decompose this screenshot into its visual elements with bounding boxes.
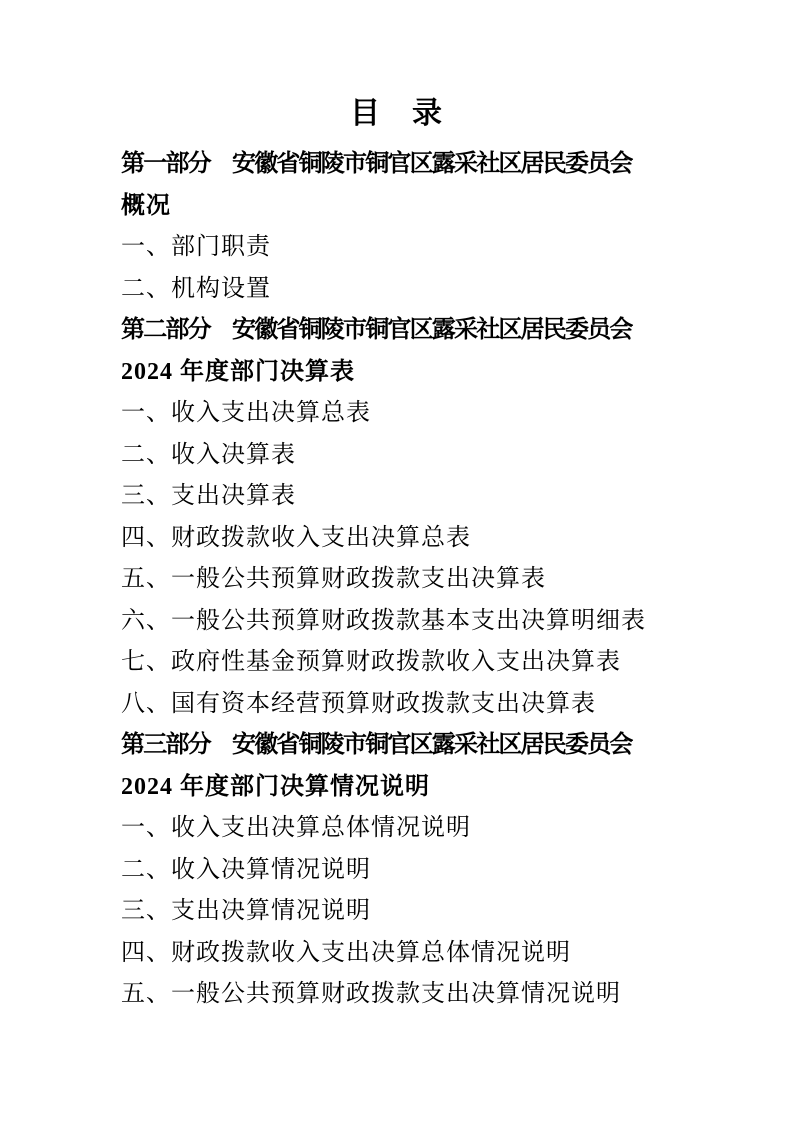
toc-item: 四、财政拨款收入支出决算总表 (121, 518, 672, 560)
toc-item: 二、机构设置 (121, 269, 672, 311)
toc-item: 三、支出决算情况说明 (121, 891, 672, 933)
section-2-heading-line-2: 2024 年度部门决算表 (121, 352, 672, 394)
toc-item: 二、收入决算情况说明 (121, 850, 672, 892)
toc-item: 八、国有资本经营预算财政拨款支出决算表 (121, 684, 672, 726)
table-of-contents: 第一部分 安徽省铜陵市铜官区露采社区居民委员会 概况 一、部门职责 二、机构设置… (121, 144, 672, 1016)
toc-item: 一、收入支出决算总体情况说明 (121, 808, 672, 850)
section-3-heading-line-2: 2024 年度部门决算情况说明 (121, 767, 672, 809)
section-1-heading-line-1: 第一部分 安徽省铜陵市铜官区露采社区居民委员会 (121, 144, 672, 186)
toc-item: 一、收入支出决算总表 (121, 393, 672, 435)
toc-item: 四、财政拨款收入支出决算总体情况说明 (121, 933, 672, 975)
toc-item: 六、一般公共预算财政拨款基本支出决算明细表 (121, 601, 672, 643)
section-2-heading-line-1: 第二部分 安徽省铜陵市铜官区露采社区居民委员会 (121, 310, 672, 352)
toc-item: 二、收入决算表 (121, 435, 672, 477)
document-page: 目 录 第一部分 安徽省铜陵市铜官区露采社区居民委员会 概况 一、部门职责 二、… (0, 0, 793, 1122)
toc-item: 五、一般公共预算财政拨款支出决算情况说明 (121, 974, 672, 1016)
section-1-heading-line-2: 概况 (121, 186, 672, 228)
section-3-heading-line-1: 第三部分 安徽省铜陵市铜官区露采社区居民委员会 (121, 725, 672, 767)
toc-item: 三、支出决算表 (121, 476, 672, 518)
toc-item: 一、部门职责 (121, 227, 672, 269)
toc-item: 七、政府性基金预算财政拨款收入支出决算表 (121, 642, 672, 684)
toc-item: 五、一般公共预算财政拨款支出决算表 (121, 559, 672, 601)
page-title: 目 录 (0, 90, 793, 138)
